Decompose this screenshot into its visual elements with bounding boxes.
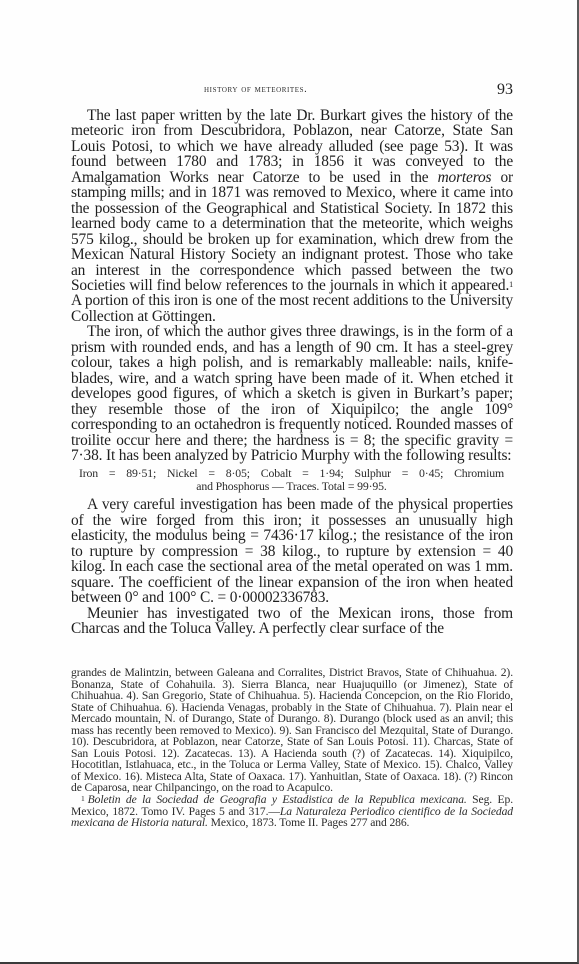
footnote-reference[interactable]: 1 bbox=[509, 280, 513, 289]
paragraph-burkart-history: The last paper written by the late Dr. B… bbox=[71, 108, 513, 324]
footnotes: grandes de Malintzin, between Galeana an… bbox=[71, 667, 513, 829]
italic-term: morteros bbox=[438, 169, 492, 186]
running-title: HISTORY OF METEORITES. bbox=[204, 84, 307, 95]
paragraph-iron-description: The iron, of which the author gives thre… bbox=[71, 324, 513, 463]
paragraph-text: A portion of this iron is one of the mos… bbox=[71, 292, 513, 324]
paragraph-text: or stamping mills; and in 1871 was remov… bbox=[71, 169, 513, 294]
footnote-mark: 1 bbox=[81, 794, 85, 803]
analysis-line-2: and Phosphorus — Traces. Total = 99·95. bbox=[79, 480, 504, 493]
paragraph-physical-properties: A very careful investigation has been ma… bbox=[71, 497, 513, 605]
footnote-text: Mexico, 1873. Tome II. Pages 277 and 286… bbox=[208, 816, 410, 829]
footnote-locality-list: grandes de Malintzin, between Galeana an… bbox=[71, 667, 513, 794]
page-number: 93 bbox=[497, 81, 513, 99]
book-page: HISTORY OF METEORITES. 93 The last paper… bbox=[0, 0, 579, 964]
footnote-1: 1Boletin de la Sociedad de Geografia y E… bbox=[71, 794, 513, 829]
body-text: The last paper written by the late Dr. B… bbox=[71, 108, 513, 637]
chemical-analysis: Iron = 89·51; Nickel = 8·05; Cobalt = 1·… bbox=[79, 467, 504, 493]
running-head: HISTORY OF METEORITES. 93 bbox=[71, 81, 513, 99]
paragraph-meunier: Meunier has investigated two of the Mexi… bbox=[71, 606, 513, 637]
